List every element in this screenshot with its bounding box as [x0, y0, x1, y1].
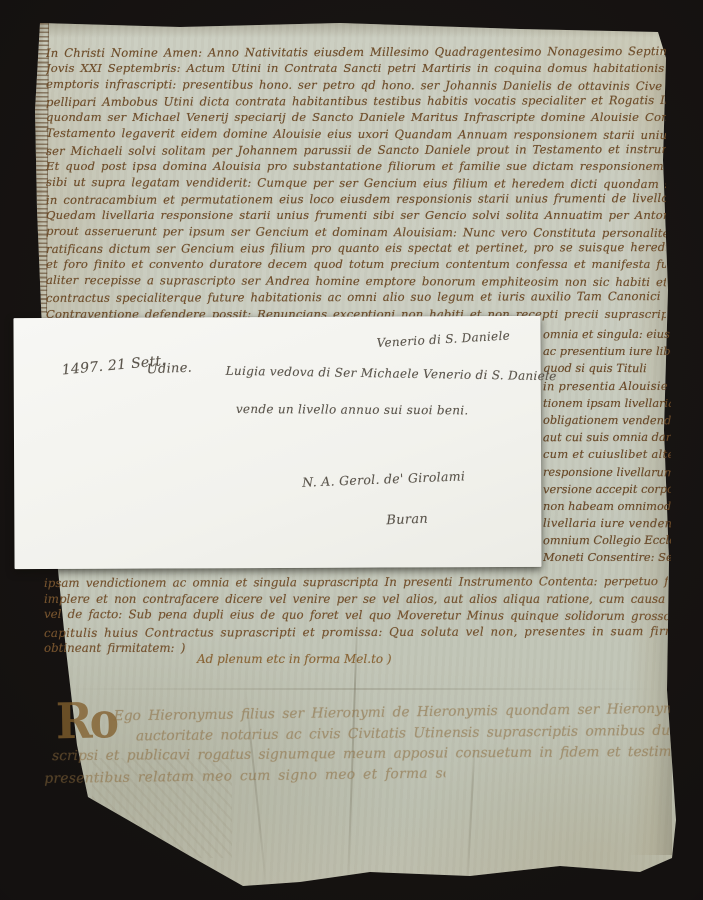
manuscript-fragment: in presentia Alouisie vendi — [543, 377, 671, 395]
manuscript-line: in contracambium et permutationem eius l… — [46, 190, 666, 208]
manuscript-fragment: obligationem vendendam — [543, 412, 671, 430]
slip-description-line: vende un livello annuo sui suoi beni. — [236, 402, 469, 417]
manuscript-line: In Christi Nomine Amen: Anno Nativitatis… — [46, 43, 666, 61]
manuscript-line: vel de facto: Sub pena dupli eius de quo… — [44, 606, 668, 625]
manuscript-line: quondam ser Michael Venerij speciarij de… — [46, 109, 666, 125]
manuscript-fragment: responsione livellarum — [543, 463, 671, 481]
notary-subscription-block: Ego Hieronymus filius ser Hieronymi de H… — [44, 700, 671, 789]
manuscript-fragment: cum et cuiuslibet alterius — [543, 446, 671, 463]
manuscript-line: Quedam livellaria responsione starii uni… — [46, 207, 666, 223]
slip-notary-line: N. A. Gerol. de' Girolami — [302, 468, 465, 489]
manuscript-line: implere et non contrafacere dicere vel v… — [44, 591, 668, 608]
crease-mark — [60, 688, 660, 690]
manuscript-line: ser Michaeli solvi solitam per Johannem … — [46, 141, 666, 159]
subscription-line: scripsi et publicavi rogatus signumque m… — [44, 742, 670, 767]
manuscript-fragment: omnia et singula: eius — [543, 326, 671, 344]
main-text-block: In Christi Nomine Amen: Anno Nativitatis… — [46, 44, 666, 322]
archivist-note-slip: Venerio di S. Daniele 1497. 21 Sett. Udi… — [13, 316, 541, 569]
manuscript-fragment: tionem ipsam livellariam — [543, 395, 671, 412]
manuscript-fragment: omnium Collegio Ecclesia — [543, 532, 671, 550]
manuscript-line: pellipari Ambobus Utini dicta contrata h… — [46, 92, 666, 110]
manuscript-line: contractus specialiterque future habitat… — [46, 288, 666, 306]
manuscript-line: Jovis XXI Septembris: Actum Utini in Con… — [46, 60, 666, 76]
closing-formula: Ad plenum etc in forma Mel.to ) — [197, 652, 392, 666]
manuscript-line: et foro finito et convento duratore dece… — [46, 256, 666, 272]
manuscript-line: Et quod post ipsa domina Alouisia pro su… — [46, 158, 666, 174]
manuscript-line: capitulis huius Contractus suprascripti … — [44, 623, 668, 642]
manuscript-line: ratificans dictum ser Gencium eius filiu… — [46, 239, 666, 257]
manuscript-line: ipsam vendictionem ac omnia et singula s… — [44, 573, 668, 592]
manuscript-fragment: versione accepit corpo — [543, 480, 671, 498]
manuscript-fragment: ac presentium iure libere — [543, 343, 671, 360]
manuscript-fragment: Moneti Consentire: Sed — [543, 549, 671, 566]
parchment-top-edge-shadow — [36, 22, 666, 38]
manuscript-fragment: aut cui suis omnia dari — [543, 429, 671, 447]
manuscript-fragment: non habeam omnimodam — [543, 498, 671, 515]
lower-text-block: ipsam vendictionem ac omnia et singula s… — [44, 574, 668, 657]
slip-header: Venerio di S. Daniele — [377, 328, 511, 350]
manuscript-fragment: quod si quis Tituli — [543, 360, 671, 378]
text-right-of-slip: omnia et singula: eius ac presentium iur… — [543, 326, 671, 567]
slip-description-line: Luigia vedova di Ser Michaele Venerio di… — [226, 364, 557, 383]
slip-place: Udine. — [146, 361, 192, 378]
slip-signature: Buran — [386, 512, 428, 529]
manuscript-fragment: livellaria iure vendens — [543, 515, 671, 533]
photograph-background: In Christi Nomine Amen: Anno Nativitatis… — [0, 0, 703, 900]
